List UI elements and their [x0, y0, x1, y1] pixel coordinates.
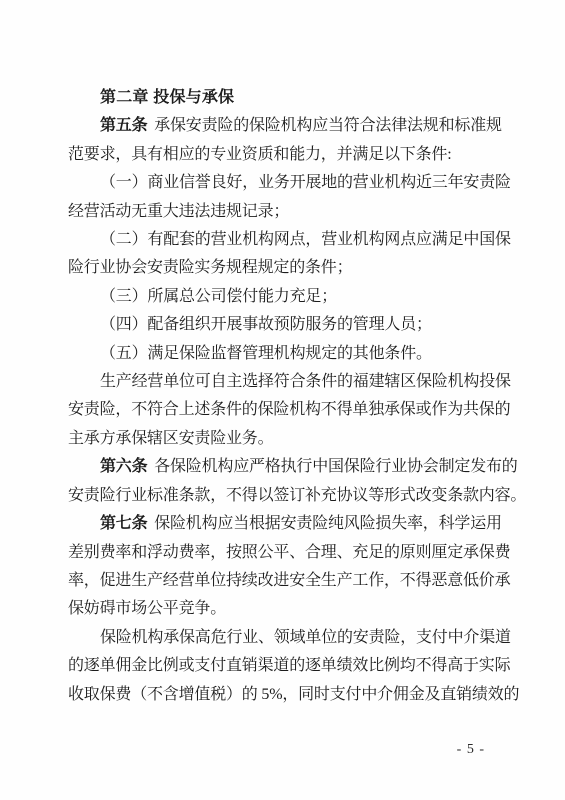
article-term: 第六条 — [100, 458, 147, 475]
text-line: 范要求，具有相应的专业资质和能力，并满足以下条件: — [68, 141, 514, 169]
text-segment: 收取保费（不含增值税）的 5%，同时支付中介佣金及直销绩效的 — [68, 686, 519, 703]
text-segment: （四）配备组织开展事故预防服务的管理人员； — [100, 316, 432, 333]
text-line: 差别费率和浮动费率，按照公平、合理、充足的原则厘定承保费 — [68, 539, 514, 567]
text-segment: 的逐单佣金比例或支付直销渠道的逐单绩效比例均不得高于实际 — [68, 657, 510, 674]
text-segment: 主承方承保辖区安责险业务。 — [68, 430, 273, 447]
chapter-heading: 第二章 投保与承保 — [68, 84, 514, 112]
text-line: （一）商业信誉良好，业务开展地的营业机构近三年安责险 — [68, 169, 514, 197]
text-segment: 保险机构应当根据安责险纯风险损失率，科学运用 — [150, 515, 501, 532]
text-line: 第七条 保险机构应当根据安责险纯风险损失率，科学运用 — [68, 510, 514, 538]
text-line: 安责险，不符合上述条件的保险机构不得单独承保或作为共保的 — [68, 396, 514, 424]
text-segment: 险行业协会安责险实务规程规定的条件； — [68, 259, 352, 276]
text-segment: 保妨碍市场公平竞争。 — [68, 600, 226, 617]
text-line: 第五条 承保安责险的保险机构应当符合法律法规和标准规 — [68, 112, 514, 140]
text-line: 主承方承保辖区安责险业务。 — [68, 425, 514, 453]
text-line: 险行业协会安责险实务规程规定的条件； — [68, 254, 514, 282]
text-segment: （五）满足保险监督管理机构规定的其他条件。 — [100, 345, 432, 362]
text-segment: 差别费率和浮动费率，按照公平、合理、充足的原则厘定承保费 — [68, 544, 510, 561]
text-line: 的逐单佣金比例或支付直销渠道的逐单绩效比例均不得高于实际 — [68, 652, 514, 680]
text-line: 保险机构承保高危行业、领域单位的安责险，支付中介渠道 — [68, 624, 514, 652]
text-block: 第二章 投保与承保 第五条 承保安责险的保险机构应当符合法律法规和标准规范要求，… — [68, 84, 514, 709]
text-segment: （二）有配套的营业机构网点，营业机构网点应满足中国保 — [100, 231, 511, 248]
text-segment: 承保安责险的保险机构应当符合法律法规和标准规 — [150, 117, 501, 134]
text-segment: 率，促进生产经营单位持续改进安全生产工作，不得恶意低价承 — [68, 572, 510, 589]
text-segment: 保险机构承保高危行业、领域单位的安责险，支付中介渠道 — [100, 629, 511, 646]
text-line: 保妨碍市场公平竞争。 — [68, 595, 514, 623]
text-segment: （三）所属总公司偿付能力充足； — [100, 288, 337, 305]
document-page: 第二章 投保与承保 第五条 承保安责险的保险机构应当符合法律法规和标准规范要求，… — [0, 0, 565, 800]
article-term: 第五条 — [100, 117, 147, 134]
text-line: 经营活动无重大违法违规记录； — [68, 198, 514, 226]
text-line: 收取保费（不含增值税）的 5%，同时支付中介佣金及直销绩效的 — [68, 681, 514, 709]
text-segment: 各保险机构应严格执行中国保险行业协会制定发布的 — [150, 458, 517, 475]
article-term: 第七条 — [100, 515, 147, 532]
text-line: 率，促进生产经营单位持续改进安全生产工作，不得恶意低价承 — [68, 567, 514, 595]
text-line: 安责险行业标准条款，不得以签订补充协议等形式改变条款内容。 — [68, 482, 514, 510]
text-segment: 安责险，不符合上述条件的保险机构不得单独承保或作为共保的 — [68, 401, 510, 418]
text-line: （三）所属总公司偿付能力充足； — [68, 283, 514, 311]
text-line: （五）满足保险监督管理机构规定的其他条件。 — [68, 340, 514, 368]
text-segment: 经营活动无重大违法违规记录； — [68, 203, 289, 220]
text-line: （四）配备组织开展事故预防服务的管理人员； — [68, 311, 514, 339]
text-segment: 安责险行业标准条款，不得以签订补充协议等形式改变条款内容。 — [68, 487, 526, 504]
text-line: 第六条 各保险机构应严格执行中国保险行业协会制定发布的 — [68, 453, 514, 481]
text-line: 生产经营单位可自主选择符合条件的福建辖区保险机构投保 — [68, 368, 514, 396]
text-line: （二）有配套的营业机构网点，营业机构网点应满足中国保 — [68, 226, 514, 254]
text-segment: 范要求，具有相应的专业资质和能力，并满足以下条件: — [68, 146, 451, 163]
text-segment: 生产经营单位可自主选择符合条件的福建辖区保险机构投保 — [100, 373, 511, 390]
text-segment: （一）商业信誉良好，业务开展地的营业机构近三年安责险 — [100, 174, 511, 191]
page-number: - 5 - — [457, 742, 485, 758]
